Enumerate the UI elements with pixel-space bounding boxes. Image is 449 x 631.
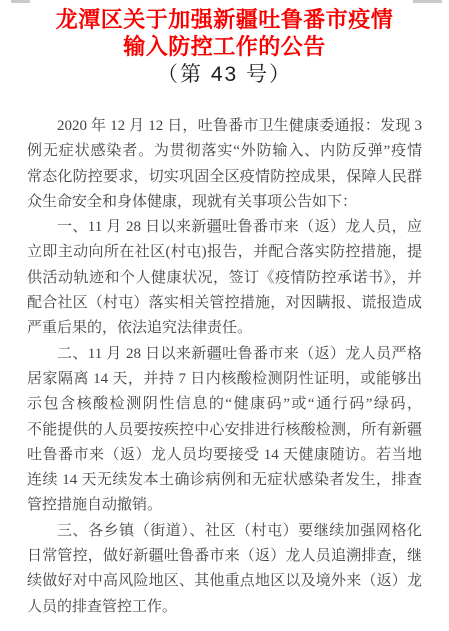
body-line: 连续 14 天无续发本土确诊病例和无症状感染者发生，排查 — [27, 468, 422, 493]
body-line: 立即主动向所在社区(村屯)报告，并配合落实防控措施，提 — [27, 240, 422, 265]
title-line-1: 龙潭区关于加强新疆吐鲁番市疫情 — [0, 6, 449, 33]
body-line: 一、11 月 28 日以来新疆吐鲁番市来（返）龙人员，应 — [27, 215, 422, 240]
body-line: 例无症状感染者。为贯彻落实“外防输入、内防反弹”疫情 — [27, 139, 422, 164]
announcement-document: 龙潭区关于加强新疆吐鲁番市疫情 输入防控工作的公告 （第 43 号） 2020 … — [0, 0, 449, 631]
body-line: 续做好对中高风险地区、其他重点地区以及境外来（返）龙 — [27, 569, 422, 594]
title-line-2: 输入防控工作的公告 — [0, 33, 449, 60]
body-line: 管控措施自动撤销。 — [27, 493, 422, 518]
body-line: 不能提供的人员要按疾控中心安排进行核酸检测，所有新疆 — [27, 418, 422, 443]
body-line: 居家隔离 14 天，并持 7 日内核酸检测阴性证明，或能够出 — [27, 367, 422, 392]
announcement-title: 龙潭区关于加强新疆吐鲁番市疫情 输入防控工作的公告 （第 43 号） — [0, 6, 449, 88]
body-line: 人员的排查管控工作。 — [27, 595, 422, 620]
body-line: 三、各乡镇（街道）、社区（村屯）要继续加强网格化 — [27, 519, 422, 544]
paragraph-item-3: 三、各乡镇（街道）、社区（村屯）要继续加强网格化 日常管控，做好新疆吐鲁番市来（… — [27, 519, 422, 620]
body-line: 配合社区（村屯）落实相关管控措施，对因瞒报、谎报造成 — [27, 291, 422, 316]
body-line: 严重后果的，依法追究法律责任。 — [27, 316, 422, 341]
announcement-body: 2020 年 12 月 12 日，吐鲁番市卫生健康委通报：发现 3 例无症状感染… — [27, 114, 422, 620]
paragraph-item-1: 一、11 月 28 日以来新疆吐鲁番市来（返）龙人员，应 立即主动向所在社区(村… — [27, 215, 422, 341]
document-number: （第 43 号） — [0, 62, 449, 88]
body-line: 常态化防控要求，切实巩固全区疫情防控成果，保障人民群 — [27, 165, 422, 190]
screen-edge-artifact-left — [11, 0, 30, 3]
body-line: 吐鲁番市来（返）龙人员均要接受 14 天健康随访。若当地 — [27, 443, 422, 468]
paragraph-intro: 2020 年 12 月 12 日，吐鲁番市卫生健康委通报：发现 3 例无症状感染… — [27, 114, 422, 215]
body-line: 众生命安全和身体健康，现就有关事项公告如下： — [27, 190, 422, 215]
body-line: 日常管控，做好新疆吐鲁番市来（返）龙人员追溯排查，继 — [27, 544, 422, 569]
body-line: 二、11 月 28 日以来新疆吐鲁番市来（返）龙人员严格 — [27, 342, 422, 367]
body-line: 2020 年 12 月 12 日，吐鲁番市卫生健康委通报：发现 3 — [27, 114, 422, 139]
paragraph-item-2: 二、11 月 28 日以来新疆吐鲁番市来（返）龙人员严格 居家隔离 14 天，并… — [27, 342, 422, 519]
screen-edge-artifact-right — [413, 0, 442, 3]
body-line: 供活动轨迹和个人健康状况，签订《疫情防控承诺书》，并 — [27, 266, 422, 291]
body-line: 示包含核酸检测阴性信息的“健康码”或“通行码”绿码， — [27, 392, 422, 417]
